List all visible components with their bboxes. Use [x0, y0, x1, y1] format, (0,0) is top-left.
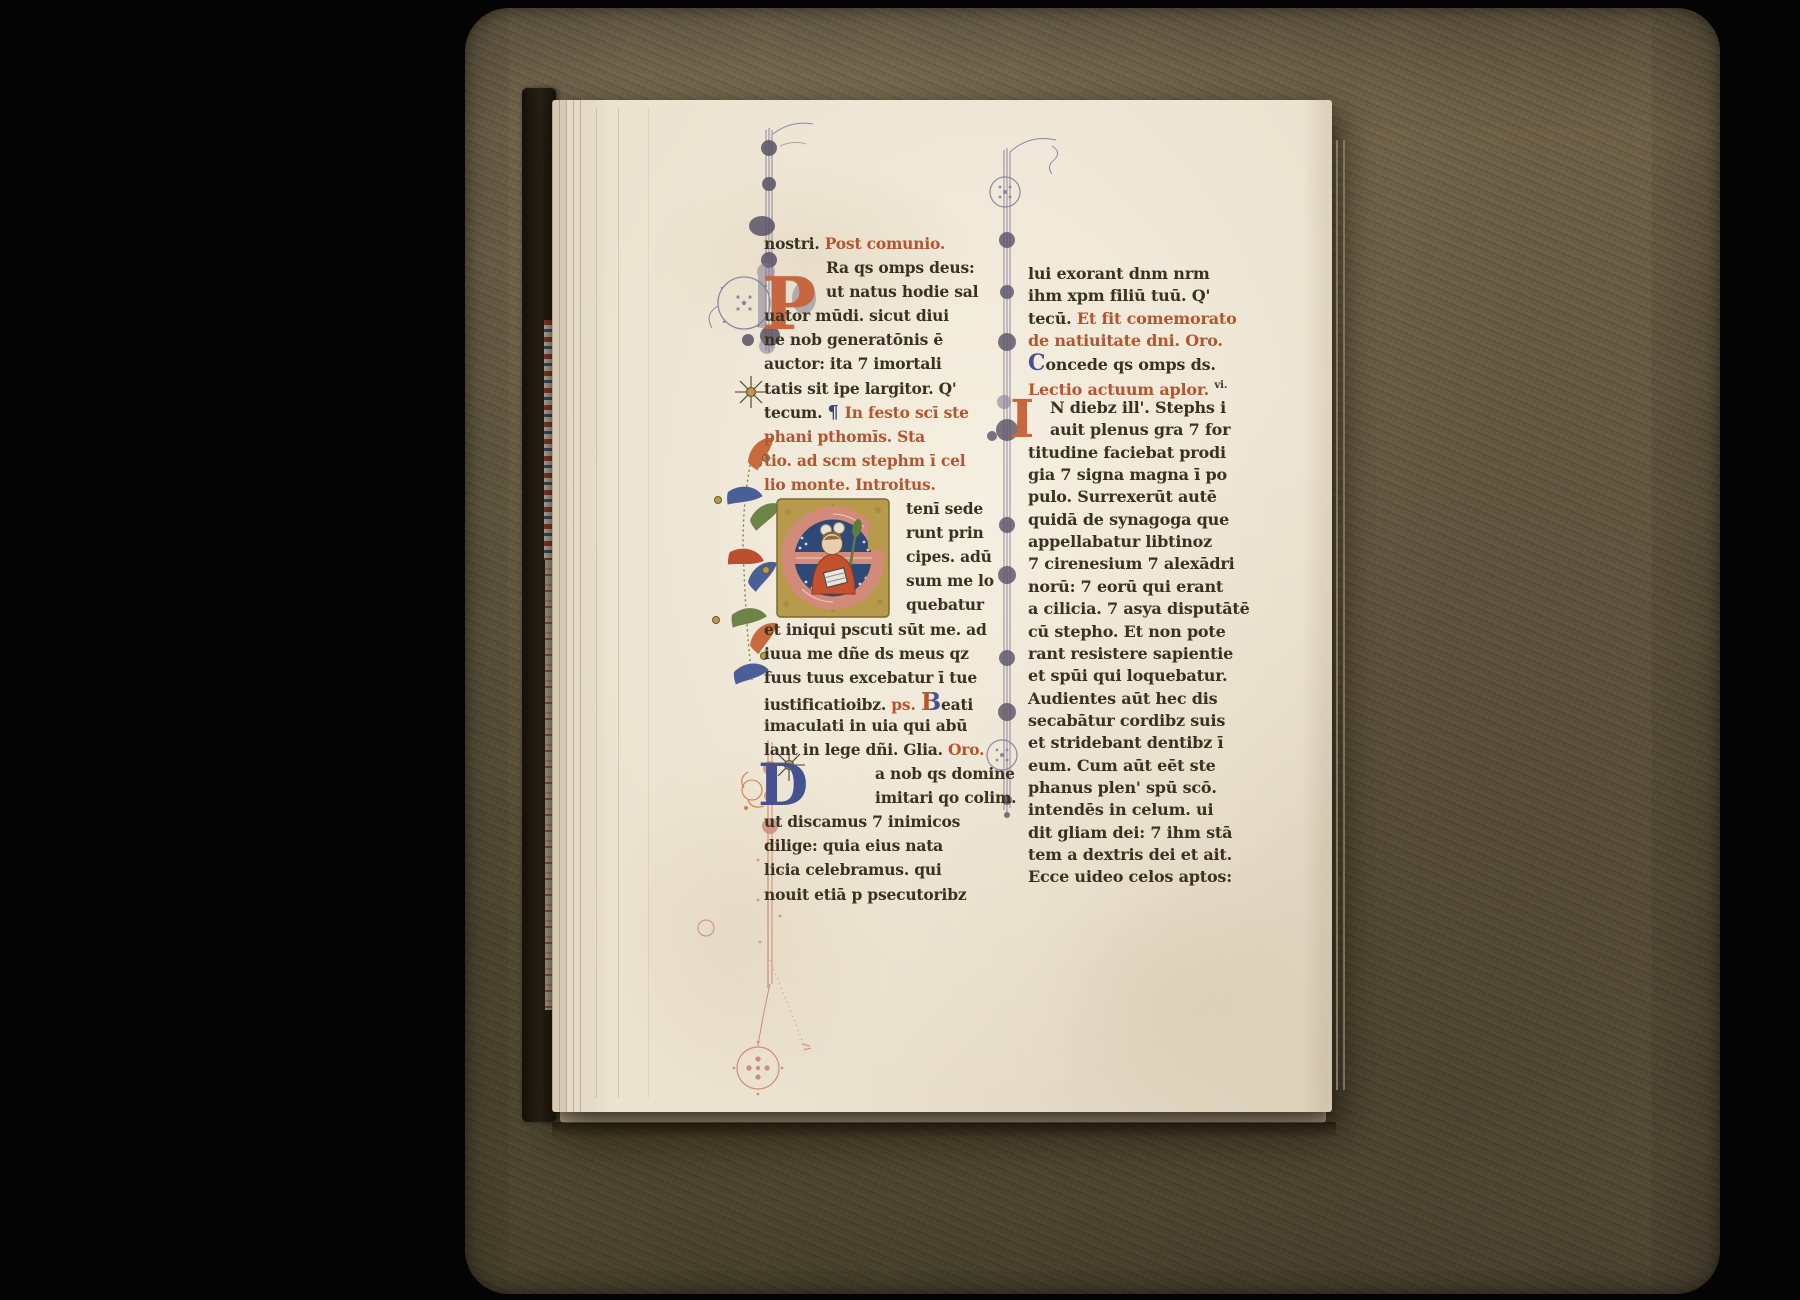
manuscript-line: nostri. Post comunio. — [764, 232, 978, 256]
stacked-leaf-edges — [552, 100, 584, 1112]
penwork-blobs-center — [987, 232, 1027, 818]
manuscript-line: phanus plen' spū scō. — [1028, 777, 1268, 799]
manuscript-line: rant resistere sapientie — [1028, 643, 1268, 665]
manuscript-line: Audientes aūt hec dis — [1028, 688, 1268, 710]
text-segment: Oro. — [948, 740, 984, 759]
text-segment: norū: 7 eorū qui erant — [1028, 577, 1223, 596]
manuscript-line: Concede qs omps ds. — [1028, 352, 1268, 374]
text-segment: B — [921, 687, 941, 716]
manuscript-line: et stridebant dentibz ī — [1028, 732, 1268, 754]
text-segment: et iniqui pscuti sūt me. ad — [764, 620, 987, 639]
penwork-flower — [721, 285, 767, 327]
manuscript-line: norū: 7 eorū qui erant — [1028, 576, 1268, 598]
text-segment: pulo. Surrexerūt autē — [1028, 487, 1217, 506]
manuscript-line: titudine faciebat prodi — [1028, 442, 1268, 464]
manuscript-line: Ra qs omps deus: — [826, 256, 978, 280]
manuscript-line: et spūi qui loquebatur. — [1028, 665, 1268, 687]
text-segment: C — [1028, 350, 1045, 376]
text-segment: vi. — [1214, 380, 1227, 391]
text-segment: rant resistere sapientie — [1028, 644, 1233, 663]
manuscript-line: iustificatioibz. ps. Beati — [764, 690, 978, 714]
text-segment: secabātur cordibz suis — [1028, 711, 1225, 730]
manuscript-line: ut discamus 7 inimicos — [764, 810, 978, 834]
parchment-crease — [648, 108, 649, 1098]
manuscript-line: ihm xpm filiū tuū. Q' — [1028, 285, 1268, 307]
text-segment: Lectio actuum aplor. — [1028, 380, 1214, 399]
text-segment: In festo scī ste — [845, 403, 969, 422]
parchment-stain — [1032, 860, 1312, 1120]
text-segment: auit plenus gra 7 for — [1050, 420, 1230, 439]
manuscript-line: secabātur cordibz suis — [1028, 710, 1268, 732]
text-segment: tem a dextris dei et ait. — [1028, 845, 1232, 864]
manuscript-line: sum me lo — [906, 569, 978, 593]
text-segment: lant in lege dñi. Glia. — [764, 740, 948, 759]
manuscript-line: Lectio actuum aplor. vi. — [1028, 375, 1268, 397]
text-segment: dit gliam dei: 7 ihm stā — [1028, 823, 1232, 842]
text-segment: de natiuitate dni. Oro. — [1028, 331, 1223, 350]
text-segment: ¶ — [828, 402, 845, 423]
text-segment: ihm xpm filiū tuū. Q' — [1028, 286, 1210, 305]
parchment-crease — [618, 108, 619, 1098]
text-segment: phanus plen' spū scō. — [1028, 778, 1217, 797]
left-text-column: nostri. Post comunio.Ra qs omps deus:ut … — [764, 232, 978, 907]
text-segment: Post comunio. — [825, 234, 945, 253]
text-segment: gia 7 signa magna ī po — [1028, 465, 1227, 484]
manuscript-line: 7 cirenesium 7 alexādri — [1028, 553, 1268, 575]
manuscript-line: lui exorant dnm nrm — [1028, 263, 1268, 285]
text-segment: cū stepho. Et non pote — [1028, 622, 1226, 641]
text-segment: imitari qo colim. — [875, 788, 1016, 807]
gold-star — [735, 376, 767, 408]
manuscript-line: quidā de synagoga que — [1028, 509, 1268, 531]
manuscript-line: eum. Cum aūt eēt ste — [1028, 755, 1268, 777]
initial-i-penwork — [997, 395, 1011, 409]
text-segment: nostri. — [764, 234, 825, 253]
manuscript-line: et iniqui pscuti sūt me. ad — [764, 618, 978, 642]
manuscript-line: quebatur — [906, 593, 978, 617]
manuscript-line: a nob qs domine — [875, 762, 978, 786]
manuscript-line: tatis sit ipe largitor. Q' — [764, 377, 978, 401]
manuscript-line: lant in lege dñi. Glia. Oro. — [764, 738, 978, 762]
text-segment: nouit etiā p psecutoribz — [764, 885, 966, 904]
text-segment: phani pthomīs. Sta — [764, 427, 925, 446]
text-segment: runt prin — [906, 523, 984, 542]
text-segment: lui exorant dnm nrm — [1028, 264, 1210, 283]
manuscript-line: auit plenus gra 7 for — [1050, 419, 1268, 441]
manuscript-line: a cilicia. 7 asya disputātē — [1028, 598, 1268, 620]
manuscript-line: Ecce uideo celos aptos: — [1028, 866, 1268, 888]
manuscript-line: cipes. adū — [906, 545, 978, 569]
text-segment: Et fit comemorato — [1077, 309, 1237, 328]
manuscript-line: phani pthomīs. Sta — [764, 425, 978, 449]
manuscript-line: lio monte. Introitus. — [764, 473, 978, 497]
text-segment: intendēs in celum. ui — [1028, 800, 1213, 819]
manuscript-line: ne nob generatōnis ē — [764, 328, 978, 352]
manuscript-line: pulo. Surrexerūt autē — [1028, 486, 1268, 508]
text-segment: imaculati in uia qui abū — [764, 716, 967, 735]
text-segment: eati — [941, 695, 973, 714]
manuscript-line: intendēs in celum. ui — [1028, 799, 1268, 821]
text-segment: ne nob generatōnis ē — [764, 330, 943, 349]
text-segment: licia celebramus. qui — [764, 860, 942, 879]
text-segment: quebatur — [906, 595, 984, 614]
manuscript-line: licia celebramus. qui — [764, 858, 978, 882]
manuscript-photo: P D I nostri. Post comunio.Ra qs omps de… — [0, 0, 1800, 1300]
text-segment: auctor: ita 7 imortali — [764, 354, 942, 373]
text-segment: et stridebant dentibz ī — [1028, 733, 1223, 752]
manuscript-line: imaculati in uia qui abū — [764, 714, 978, 738]
manuscript-page: P D I nostri. Post comunio.Ra qs omps de… — [552, 100, 1332, 1112]
manuscript-line: de natiuitate dni. Oro. — [1028, 330, 1268, 352]
text-segment: oncede qs omps ds. — [1045, 355, 1215, 374]
text-segment: eum. Cum aūt eēt ste — [1028, 756, 1216, 775]
text-segment: titudine faciebat prodi — [1028, 443, 1226, 462]
fore-edge-leaf-line — [1336, 140, 1338, 1090]
text-segment: tio. ad scm stephm ī cel — [764, 451, 965, 470]
text-segment: Ra qs omps deus: — [826, 258, 975, 277]
text-segment: a cilicia. 7 asya disputātē — [1028, 599, 1250, 618]
manuscript-line: cū stepho. Et non pote — [1028, 621, 1268, 643]
right-text-column: lui exorant dnm nrmihm xpm filiū tuū. Q'… — [1028, 263, 1268, 889]
text-segment: iuua me dñe ds meus qz — [764, 644, 969, 663]
text-segment: uator mūdi. sicut diui — [764, 306, 949, 325]
manuscript-line: auctor: ita 7 imortali — [764, 352, 978, 376]
manuscript-line: uator mūdi. sicut diui — [764, 304, 978, 328]
manuscript-line: tio. ad scm stephm ī cel — [764, 449, 978, 473]
manuscript-line: imitari qo colim. — [875, 786, 978, 810]
manuscript-line: tecum. ¶ In festo scī ste — [764, 401, 978, 425]
text-segment: lio monte. Introitus. — [764, 475, 936, 494]
text-segment: et spūi qui loquebatur. — [1028, 666, 1227, 685]
text-segment: Ecce uideo celos aptos: — [1028, 867, 1232, 886]
manuscript-line: iuua me dñe ds meus qz — [764, 642, 978, 666]
text-segment: tatis sit ipe largitor. Q' — [764, 379, 956, 398]
text-segment: tenī sede — [906, 499, 983, 518]
manuscript-line: tem a dextris dei et ait. — [1028, 844, 1268, 866]
manuscript-line: appellabatur libtinoz — [1028, 531, 1268, 553]
text-segment: ps. — [891, 695, 921, 714]
text-segment: sum me lo — [906, 571, 994, 590]
manuscript-line: ut natus hodie sal — [826, 280, 978, 304]
text-segment: 7 cirenesium 7 alexādri — [1028, 554, 1235, 573]
manuscript-line: fuus tuus excebatur ī tue — [764, 666, 978, 690]
manuscript-line: tecū. Et fit comemorato — [1028, 308, 1268, 330]
rosette-finial — [733, 1041, 784, 1096]
manuscript-line: N diebz ill'. Stephs i — [1050, 397, 1268, 419]
manuscript-line: gia 7 signa magna ī po — [1028, 464, 1268, 486]
text-segment: ut discamus 7 inimicos — [764, 812, 960, 831]
text-segment: cipes. adū — [906, 547, 992, 566]
text-segment: iustificatioibz. — [764, 695, 891, 714]
text-segment: a nob qs domine — [875, 764, 1015, 783]
manuscript-line: nouit etiā p psecutoribz — [764, 883, 978, 907]
page-shadow — [552, 1122, 1336, 1138]
parchment-crease — [596, 108, 597, 1098]
text-segment: appellabatur libtinoz — [1028, 532, 1212, 551]
manuscript-line: tenī sede — [906, 497, 978, 521]
text-segment: ut natus hodie sal — [826, 282, 978, 301]
manuscript-line: dilige: quia eius nata — [764, 834, 978, 858]
manuscript-line: dit gliam dei: 7 ihm stā — [1028, 822, 1268, 844]
text-segment: fuus tuus excebatur ī tue — [764, 668, 977, 687]
text-segment: tecū. — [1028, 309, 1077, 328]
margin-circle-ornament — [698, 920, 714, 936]
text-segment: Audientes aūt hec dis — [1028, 689, 1217, 708]
manuscript-line: runt prin — [906, 521, 978, 545]
penwork-flower-center — [996, 186, 1012, 762]
fore-edge-leaf-line — [1343, 140, 1345, 1090]
text-segment: quidā de synagoga que — [1028, 510, 1229, 529]
text-segment: tecum. — [764, 403, 828, 422]
text-segment: dilige: quia eius nata — [764, 836, 943, 855]
gold-dot — [753, 459, 762, 468]
text-segment: N diebz ill'. Stephs i — [1050, 398, 1226, 417]
